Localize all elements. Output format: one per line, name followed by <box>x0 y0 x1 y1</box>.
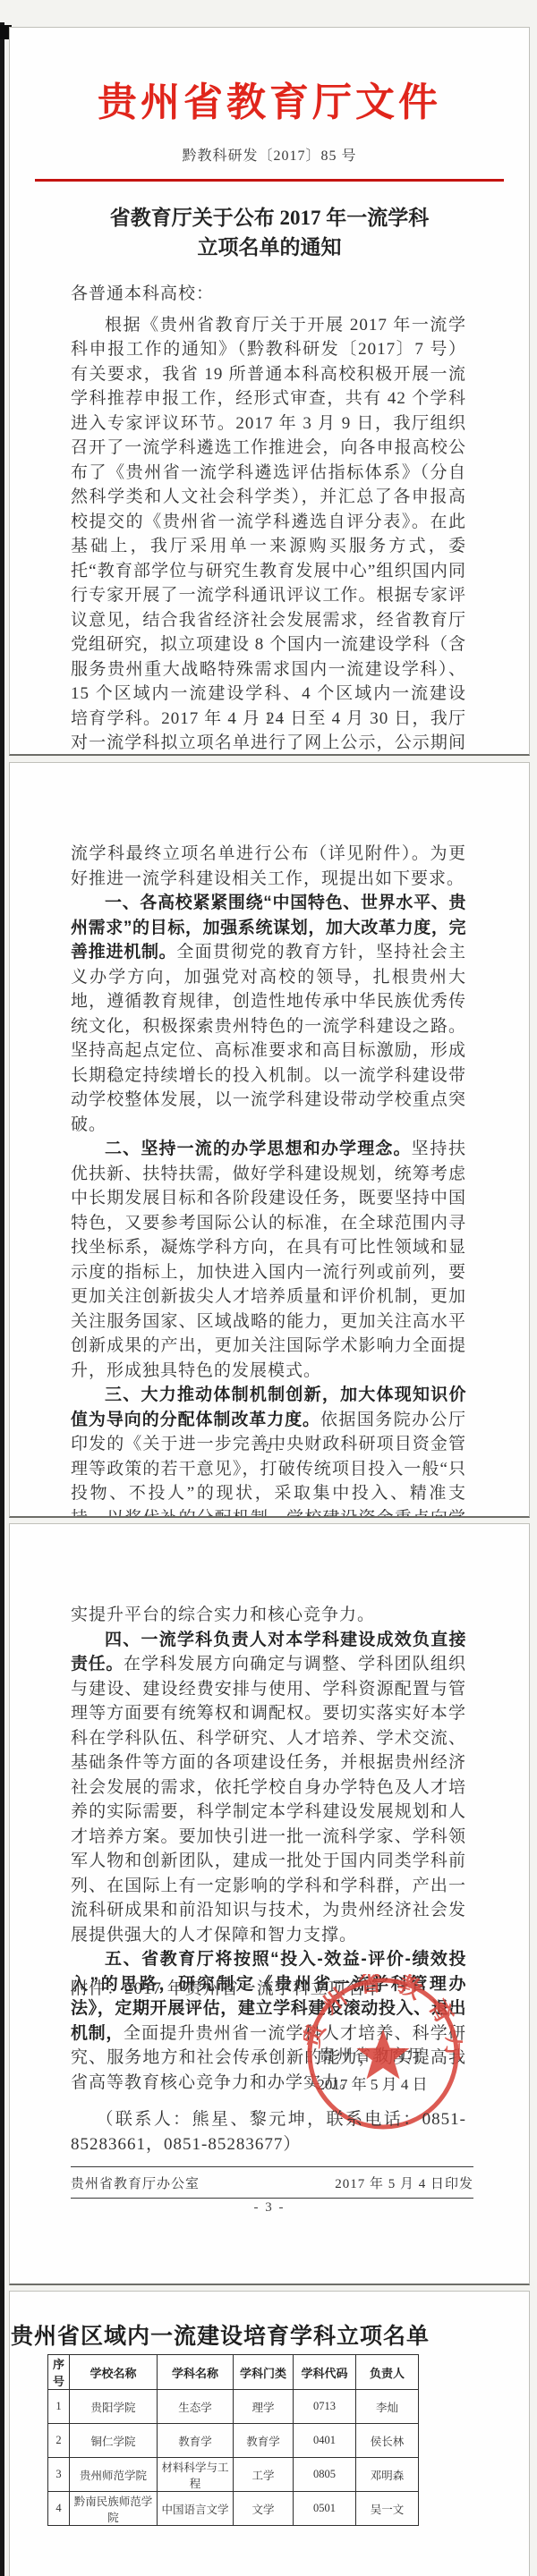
cell-leader: 李灿 <box>356 2390 419 2424</box>
scan-edge-artifact <box>0 22 4 2576</box>
cell-code: 0401 <box>294 2424 356 2458</box>
cell-school: 铜仁学院 <box>70 2424 158 2458</box>
body-paragraph: 二、坚持一流的办学思想和办学理念。坚持扶优扶新、扶特扶需，做好学科建设规划，统筹… <box>71 1137 466 1383</box>
table-row: 2 铜仁学院 教育学 教育学 0401 侯长林 <box>48 2424 419 2458</box>
cell-category: 理学 <box>234 2390 294 2424</box>
section-text-1: 全面贯彻党的教育方针，坚持社会主义办学方向，加强党对高校的领导，扎根贵州大地，遵… <box>71 943 466 1134</box>
attachment-table-title: 贵州省区域内一流建设培育学科立项名单 <box>10 2318 430 2351</box>
table-row: 1 贵阳学院 生态学 理学 0713 李灿 <box>48 2390 419 2424</box>
cell-category: 文学 <box>234 2492 294 2526</box>
cell-index: 2 <box>48 2424 70 2458</box>
col-header-index: 序号 <box>48 2355 70 2390</box>
salutation: 各普通本科高校： <box>71 280 466 304</box>
seal-star-icon <box>357 2029 410 2079</box>
cell-index: 4 <box>48 2492 70 2526</box>
discipline-table: 序号 学校名称 学科名称 学科门类 学科代码 负责人 1 贵阳学院 生态学 理学… <box>47 2354 419 2526</box>
col-header-code: 学科代码 <box>294 2355 356 2390</box>
cell-code: 0805 <box>294 2458 356 2492</box>
body-paragraph: 四、一流学科负责人对本学科建设成效负直接责任。在学科发展方向确定与调整、学科团队… <box>71 1628 466 1948</box>
cell-school: 贵阳学院 <box>70 2390 158 2424</box>
body-paragraph: 一、各高校紧紧围绕“中国特色、世界水平、贵州需求”的目标，加强系统谋划，加大改革… <box>71 891 466 1137</box>
document-page-4: 贵州省区域内一流建设培育学科立项名单 序号 学校名称 学科名称 学科门类 学科代… <box>9 2291 530 2576</box>
notice-title-line-1: 省教育厅关于公布 2017 年一流学科 <box>10 203 529 233</box>
issuing-office: 贵州省教育厅办公室 <box>71 2173 200 2192</box>
page-number: - 1 - <box>10 710 529 725</box>
document-page-1: 贵州省教育厅文件 黔教科研发〔2017〕85 号 省教育厅关于公布 2017 年… <box>9 27 530 756</box>
body-paragraph: 根据《贵州省教育厅关于开展 2017 年一流学科申报工作的通知》（黔教科研发〔2… <box>71 313 466 756</box>
cell-code: 0501 <box>294 2492 356 2526</box>
document-page-3: 实提升平台的综合实力和核心竞争力。 四、一流学科负责人对本学科建设成效负直接责任… <box>9 1523 530 2285</box>
notice-title: 省教育厅关于公布 2017 年一流学科 立项名单的通知 <box>10 203 529 262</box>
document-number: 黔教科研发〔2017〕85 号 <box>10 144 529 165</box>
cell-leader: 邓明森 <box>356 2458 419 2492</box>
cell-category: 工学 <box>234 2458 294 2492</box>
section-text-4: 在学科发展方向确定与调整、学科团队组织与建设、建设经费安排与使用、学科资源配置与… <box>71 1655 466 1945</box>
col-header-discipline: 学科名称 <box>158 2355 234 2390</box>
notice-title-line-2: 立项名单的通知 <box>10 233 529 262</box>
red-divider-rule <box>35 179 504 182</box>
cell-code: 0713 <box>294 2390 356 2424</box>
cell-school: 黔南民族师范学院 <box>70 2492 158 2526</box>
cell-index: 1 <box>48 2390 70 2424</box>
cell-leader: 吴一文 <box>356 2492 419 2526</box>
cell-discipline: 生态学 <box>158 2390 234 2424</box>
cell-school: 贵州师范学院 <box>70 2458 158 2492</box>
table-row: 3 贵州师范学院 材料科学与工程 工学 0805 邓明森 <box>48 2458 419 2492</box>
section-heading-2: 二、坚持一流的办学思想和办学理念。 <box>105 1140 412 1158</box>
cell-index: 3 <box>48 2458 70 2492</box>
contact-line: （联系人：熊星、黎元坤，联系电话：0851-85283661，0851-8528… <box>71 2107 466 2157</box>
issue-footer: 贵州省教育厅办公室 2017 年 5 月 4 日印发 <box>71 2166 473 2199</box>
table-header-row: 序号 学校名称 学科名称 学科门类 学科代码 负责人 <box>48 2355 419 2390</box>
body-paragraph: 实提升平台的综合实力和核心竞争力。 <box>71 1603 466 1628</box>
page-number: - 2 - <box>10 1442 529 1457</box>
col-header-category: 学科门类 <box>234 2355 294 2390</box>
document-page-2: 流学科最终立项名单进行公布（详见附件）。为更好推进一流学科建设相关工作，现提出如… <box>9 762 530 1518</box>
cell-category: 教育学 <box>234 2424 294 2458</box>
cell-discipline: 中国语言文学 <box>158 2492 234 2526</box>
print-date: 2017 年 5 月 4 日印发 <box>335 2173 473 2192</box>
col-header-school: 学校名称 <box>70 2355 158 2390</box>
agency-letterhead-title: 贵州省教育厅文件 <box>10 74 529 131</box>
cell-discipline: 材料科学与工程 <box>158 2458 234 2492</box>
page-number: - 3 - <box>10 2200 529 2216</box>
cell-discipline: 教育学 <box>158 2424 234 2458</box>
col-header-leader: 负责人 <box>356 2355 419 2390</box>
section-text-2: 坚持扶优扶新、扶特扶需，做好学科建设规划，统筹考虑中长期发展目标和各阶段建设任务… <box>71 1140 466 1380</box>
body-paragraph: 流学科最终立项名单进行公布（详见附件）。为更好推进一流学科建设相关工作，现提出如… <box>71 842 466 891</box>
cell-leader: 侯长林 <box>356 2424 419 2458</box>
table-row: 4 黔南民族师范学院 中国语言文学 文学 0501 吴一文 <box>48 2492 419 2526</box>
scanned-document: { "colors": { "header_red": "#e0251b", "… <box>0 0 537 2576</box>
